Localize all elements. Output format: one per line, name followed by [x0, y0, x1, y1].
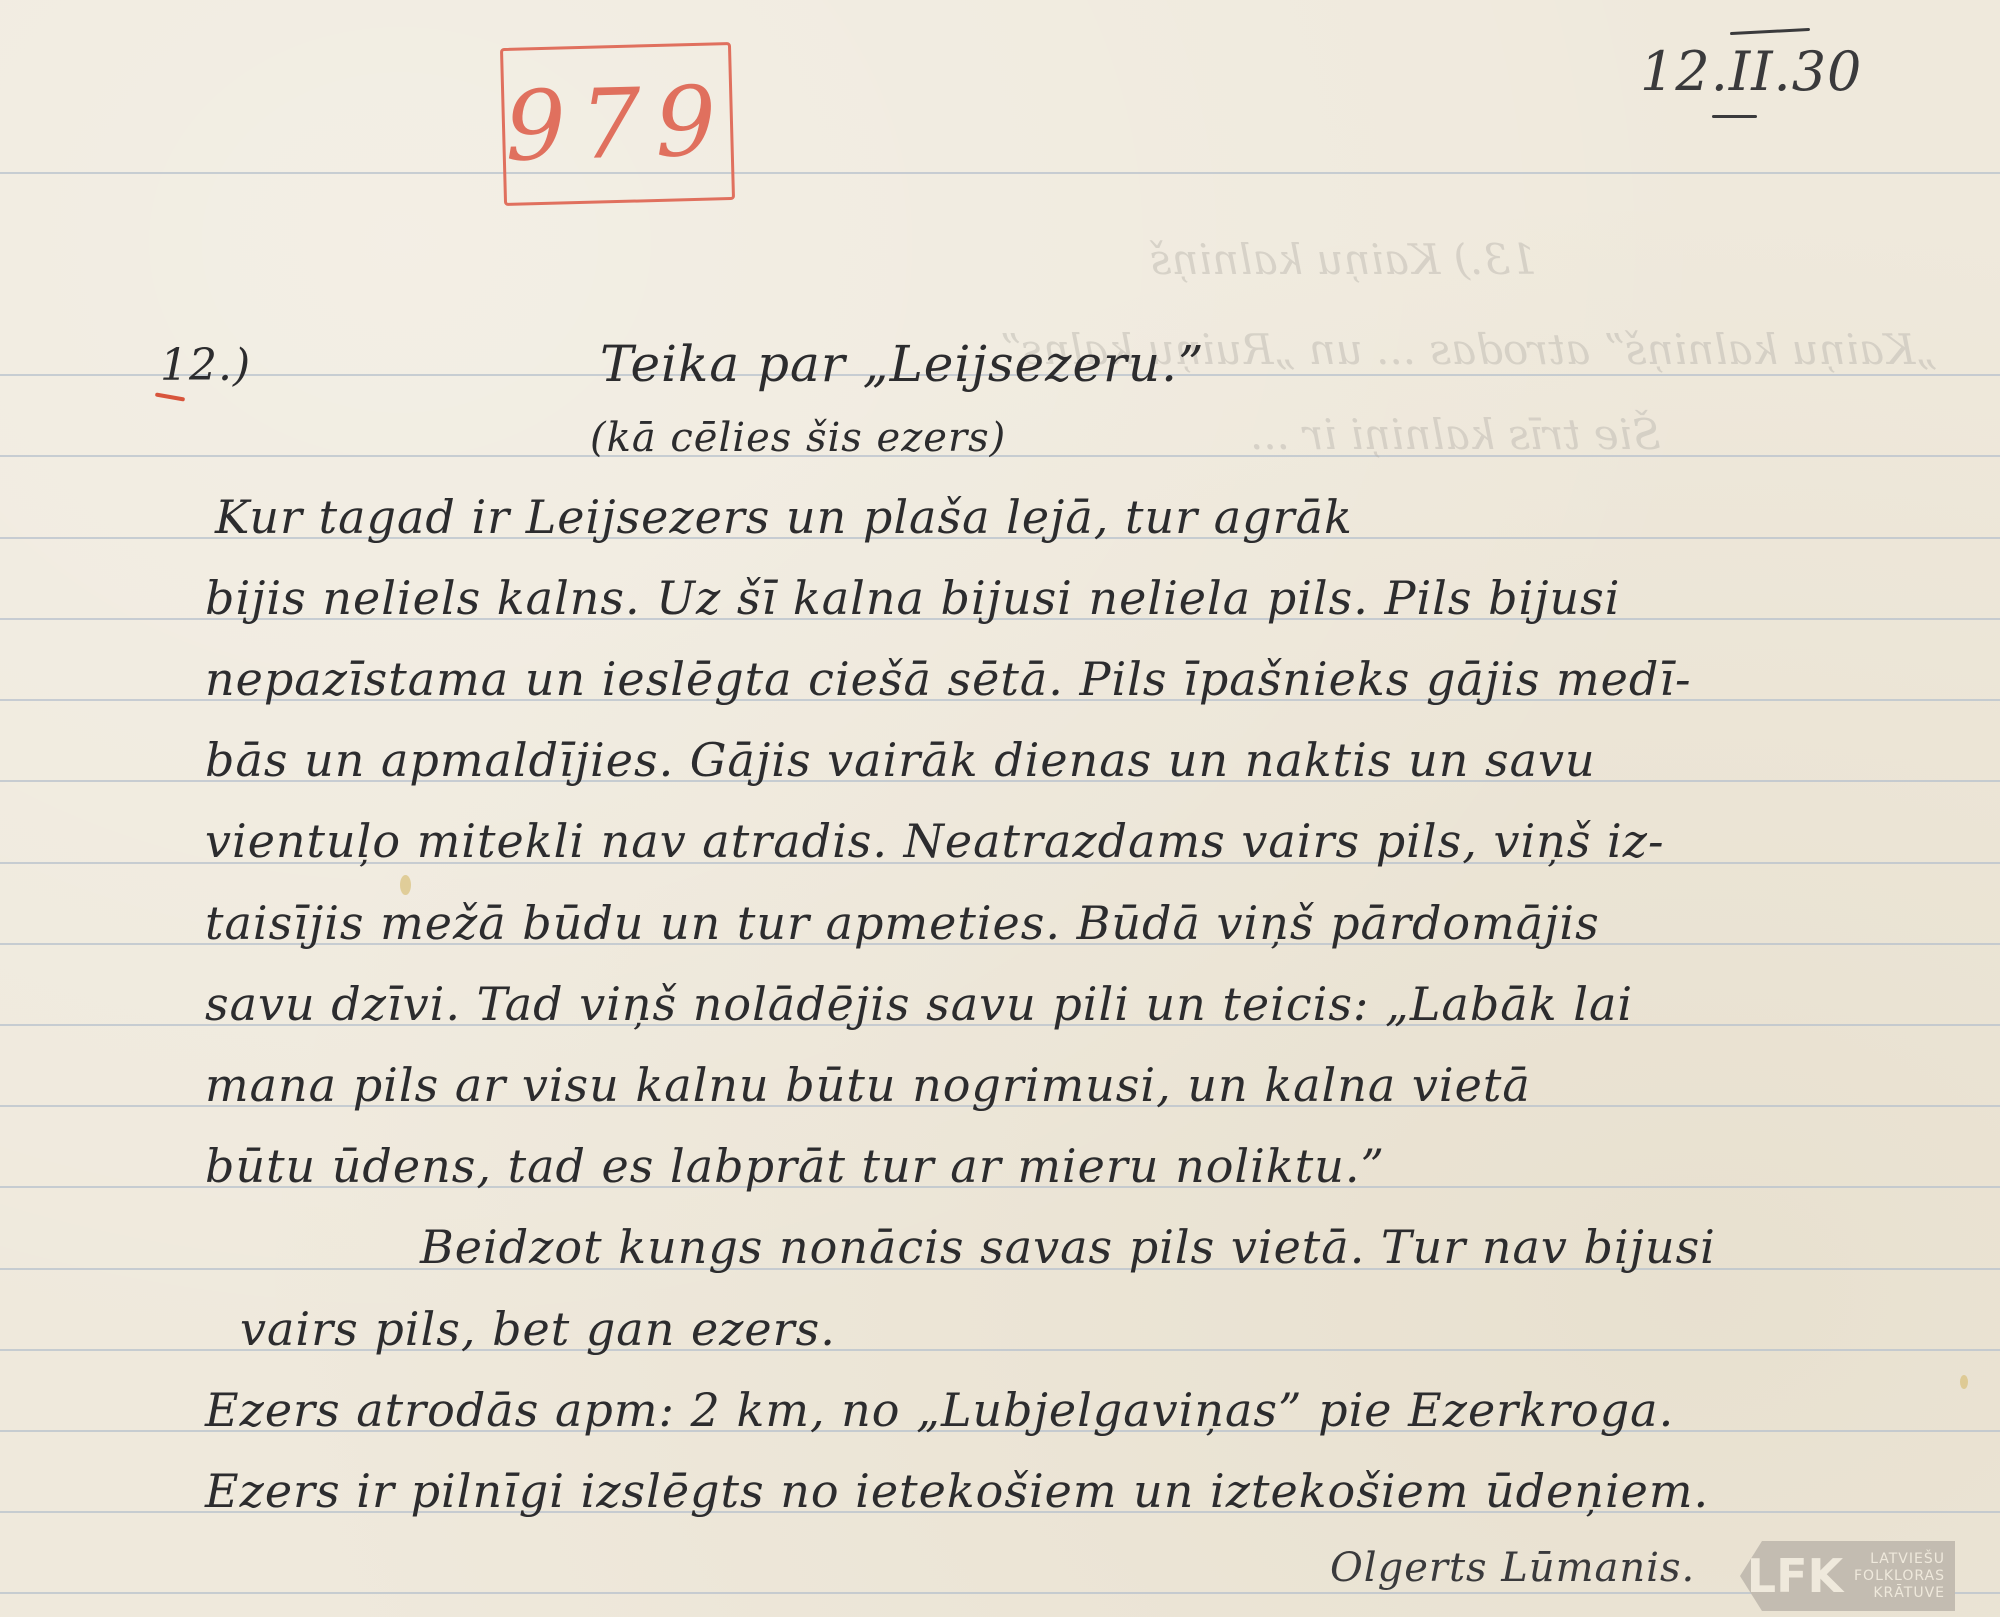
lfk-logo-icon: LFK [1740, 1541, 1850, 1611]
logo-text: LATVIEŠU FOLKLORAS KRĀTUVE [1850, 1541, 1955, 1611]
text-line: nepazīstama un ieslēgta ciešā sētā. Pils… [205, 652, 1692, 706]
text-line: savu dzīvi. Tad viņš nolādējis savu pili… [205, 977, 1633, 1031]
paper-stain [400, 875, 411, 895]
document-page: 13.) Kaiņu kalniņš „Kaiņu kalniņš” atrod… [0, 0, 2000, 1617]
document-subtitle: (kā cēlies šis ezers) [590, 415, 1006, 461]
bleed-through-text: Šie trīs kalniņi ir ... [1250, 410, 1661, 459]
logo-line: LATVIEŠU [1870, 1551, 1945, 1568]
signature: Olgerts Lūmanis. [1330, 1545, 1695, 1591]
date-overline [1730, 28, 1810, 35]
logo-line: KRĀTUVE [1873, 1585, 1945, 1602]
text-line: vientuļo mitekli nav atradis. Neatrazdam… [205, 814, 1665, 868]
paper-stain [1960, 1375, 1968, 1389]
date-underline [1712, 115, 1757, 118]
archive-number: 979 [503, 65, 731, 183]
logo-mark-text: LFK [1747, 1553, 1843, 1599]
text-line: taisījis mežā būdu un tur apmeties. Būdā… [205, 896, 1600, 950]
text-line: bijis neliels kalns. Uz šī kalna bijusi … [205, 571, 1620, 625]
archive-logo: LFK LATVIEŠU FOLKLORAS KRĀTUVE [1740, 1535, 1996, 1617]
text-line: Ezers ir pilnīgi izslēgts no ietekošiem … [205, 1464, 1709, 1518]
item-number: 12.) [160, 340, 251, 391]
item-number-red-underline [155, 392, 185, 401]
text-line: Beidzot kungs nonācis savas pils vietā. … [420, 1220, 1716, 1274]
document-date: 12.II.30 [1640, 40, 1862, 103]
ruled-line [0, 172, 2000, 174]
logo-line: FOLKLORAS [1854, 1568, 1945, 1585]
text-line: Kur tagad ir Leijsezers un plaša lejā, t… [215, 490, 1353, 544]
text-line: būtu ūdens, tad es labprāt tur ar mieru … [205, 1139, 1385, 1193]
text-line: vairs pils, bet gan ezers. [240, 1302, 836, 1356]
bleed-through-text: 13.) Kaiņu kalniņš [1150, 235, 1537, 284]
text-line: Ezers atrodās apm: 2 km, no „Lubjelgaviņ… [205, 1383, 1674, 1437]
archive-number-box: 979 [500, 42, 735, 206]
ruled-line [0, 1592, 2000, 1594]
text-line: bās un apmaldījies. Gājis vairāk dienas … [205, 733, 1596, 787]
document-title: Teika par „Leijsezeru.” [600, 335, 1205, 393]
text-line: mana pils ar visu kalnu būtu nogrimusi, … [205, 1058, 1531, 1112]
